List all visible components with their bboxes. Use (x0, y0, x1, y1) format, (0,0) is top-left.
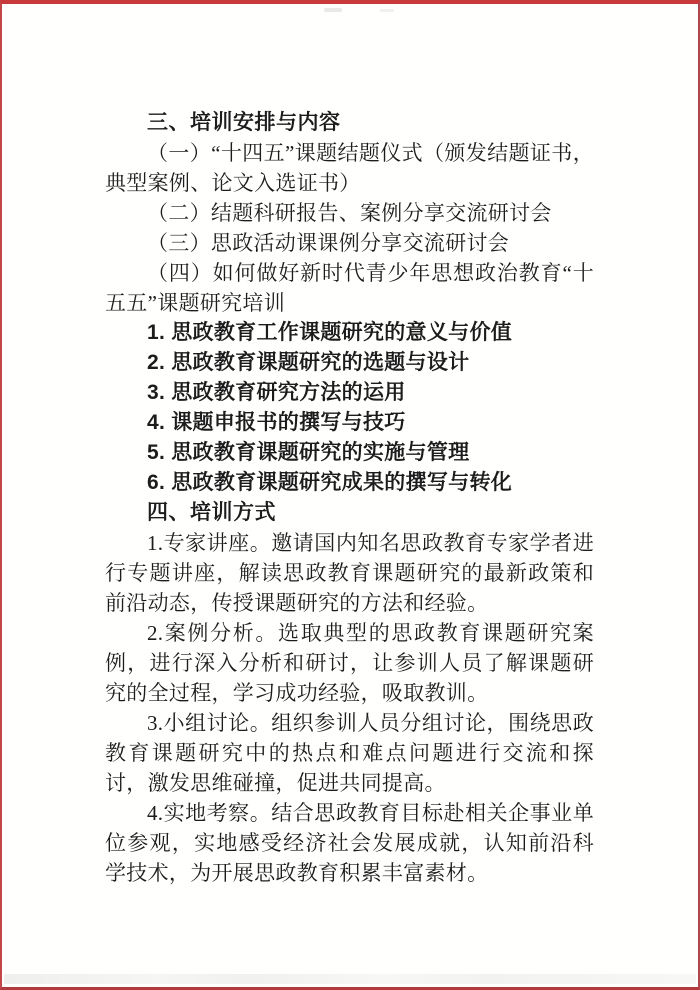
topic-item-2: 2. 思政教育课题研究的选题与设计 (105, 348, 594, 378)
section-heading-training-arrangement: 三、培训安排与内容 (105, 108, 594, 138)
method-paragraph-3: 3.小组讨论。组织参训人员分组讨论，围绕思政教育课题研究中的热点和难点问题进行交… (105, 708, 594, 798)
topic-item-6: 6. 思政教育课题研究成果的撰写与转化 (105, 468, 594, 498)
scan-shadow (4, 974, 696, 984)
arrangement-item-2: （二）结题科研报告、案例分享交流研讨会 (105, 198, 594, 228)
scan-artifact (380, 9, 394, 12)
method-paragraph-4: 4.实地考察。结合思政教育目标赴相关企事业单位参观，实地感受经济社会发展成就，认… (105, 798, 594, 888)
document-page: 三、培训安排与内容 （一）“十四五”课题结题仪式（颁发结题证书，典型案例、论文入… (0, 0, 700, 990)
topic-item-3: 3. 思政教育研究方法的运用 (105, 378, 594, 408)
arrangement-item-4: （四）如何做好新时代青少年思想政治教育“十五五”课题研究培训 (105, 258, 594, 318)
document-content: 三、培训安排与内容 （一）“十四五”课题结题仪式（颁发结题证书，典型案例、论文入… (105, 108, 594, 888)
arrangement-item-1: （一）“十四五”课题结题仪式（颁发结题证书，典型案例、论文入选证书） (105, 138, 594, 198)
method-paragraph-2: 2.案例分析。选取典型的思政教育课题研究案例，进行深入分析和研讨，让参训人员了解… (105, 618, 594, 708)
topic-item-5: 5. 思政教育课题研究的实施与管理 (105, 438, 594, 468)
topic-item-4: 4. 课题申报书的撰写与技巧 (105, 408, 594, 438)
topic-item-1: 1. 思政教育工作课题研究的意义与价值 (105, 318, 594, 348)
scan-artifact (324, 8, 342, 12)
arrangement-item-3: （三）思政活动课课例分享交流研讨会 (105, 228, 594, 258)
method-paragraph-1: 1.专家讲座。邀请国内知名思政教育专家学者进行专题讲座，解读思政教育课题研究的最… (105, 528, 594, 618)
section-heading-training-method: 四、培训方式 (105, 498, 594, 528)
